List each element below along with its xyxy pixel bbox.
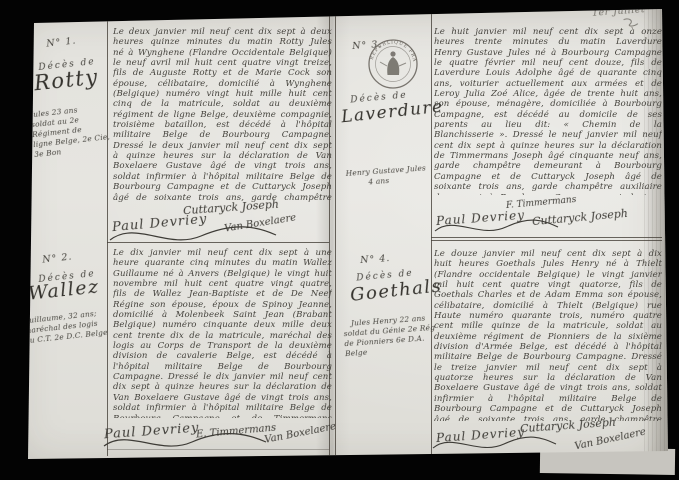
right-page-left-rule bbox=[335, 13, 336, 456]
entry4-details: Jules Henry 22 ans soldat du Génie 2e Ré… bbox=[343, 313, 438, 359]
entry3-official-paraph bbox=[432, 217, 562, 239]
register-paper: 1er Juillet N° 1. Décès de Rotty Jules 2… bbox=[0, 0, 679, 480]
date-annotation: 1er Juillet bbox=[592, 4, 646, 19]
entry1-act-text: Le deux janvier mil neuf cent dix sept à… bbox=[113, 27, 332, 203]
entry3-act-text: Le huit janvier mil neuf cent dix sept à… bbox=[434, 27, 662, 195]
right-page-separator-bottom bbox=[431, 240, 662, 241]
entry2-act-text: Le dix janvier mil neuf cent dix sept à … bbox=[113, 248, 332, 418]
entry2-details: Guillaume, 32 ans; maréchal des logis au… bbox=[23, 308, 110, 347]
entry3-details: Henry Gustave Jules 4 ans bbox=[345, 163, 430, 189]
entry1-details: Jules 23 ans soldat au 2e Régiment de li… bbox=[30, 102, 115, 160]
entry2-name: Wallez bbox=[27, 277, 100, 303]
register-scan: 1er Juillet N° 1. Décès de Rotty Jules 2… bbox=[0, 0, 679, 480]
entry1-number: N° 1. bbox=[45, 28, 77, 50]
entry1-name: Rotty bbox=[33, 67, 100, 95]
entry4-act-text: Le douze janvier mil neuf cent dix sept … bbox=[434, 249, 662, 421]
